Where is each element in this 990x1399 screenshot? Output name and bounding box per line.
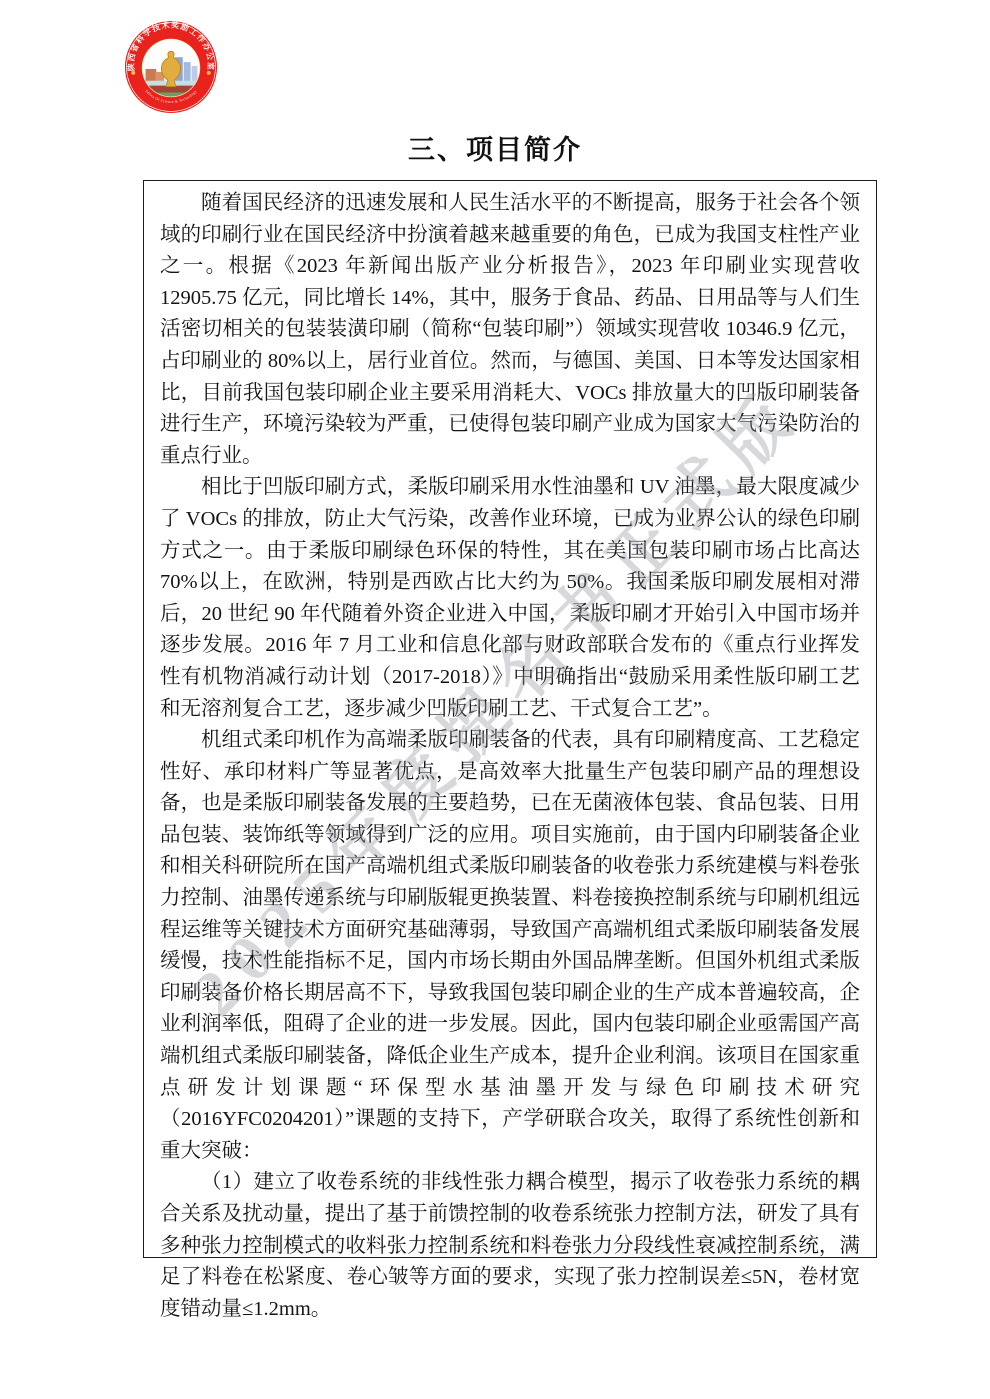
paragraph-industry-overview: 随着国民经济的迅速发展和人民生活水平的不断提高，服务于社会各个领域的印刷行业在国… xyxy=(160,188,860,472)
content-box: 随着国民经济的迅速发展和人民生活水平的不断提高，服务于社会各个领域的印刷行业在国… xyxy=(143,180,877,1258)
seal-star-left-icon xyxy=(131,71,135,75)
section-title: 三、项目简介 xyxy=(0,128,990,167)
paragraph-achievement-1: （1）建立了收卷系统的非线性张力耦合模型，揭示了收卷张力系统的耦合关系及扰动量，… xyxy=(160,1167,860,1325)
seal-star-right-icon xyxy=(207,71,211,75)
document-page: 陕西省科学技术奖励工作办公室 Office Of Science & Techn… xyxy=(0,0,990,1399)
paragraph-project-background: 机组式柔印机作为高端柔版印刷装备的代表，具有印刷精度高、工艺稳定性好、承印材料广… xyxy=(160,725,860,1167)
paragraph-flexo-printing: 相比于凹版印刷方式，柔版印刷采用水性油墨和 UV 油墨，最大限度减少了 VOCs… xyxy=(160,472,860,725)
organization-seal: 陕西省科学技术奖励工作办公室 Office Of Science & Techn… xyxy=(122,18,220,116)
